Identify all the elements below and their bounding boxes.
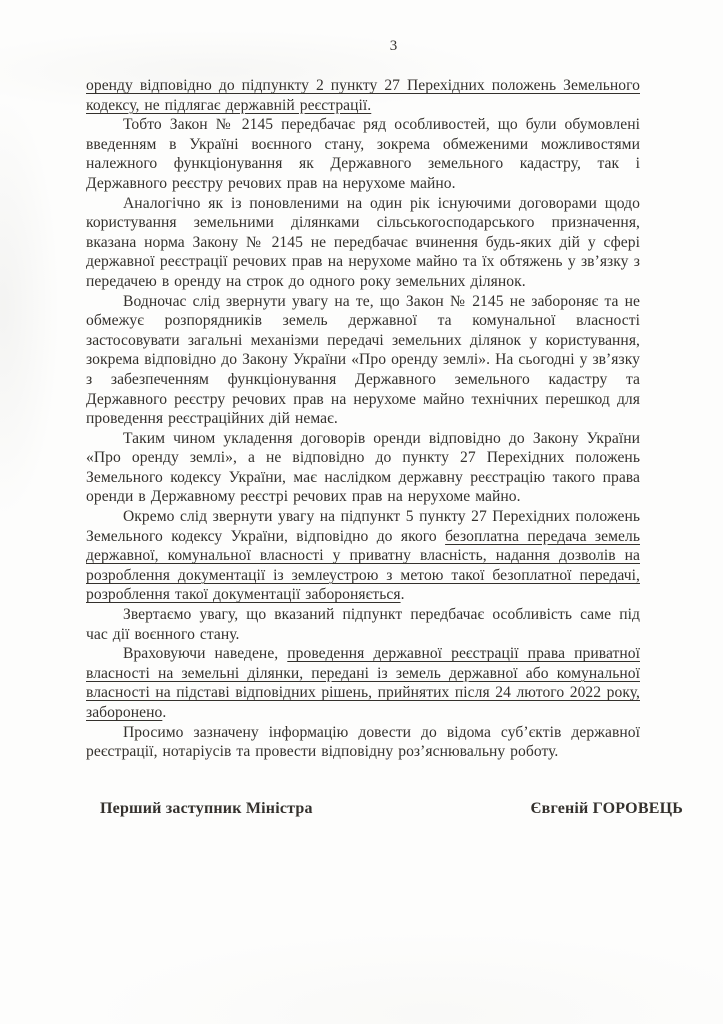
text-run: Таким чином укладення договорів оренди в… xyxy=(86,430,640,506)
signer-name: Євгеній ГОРОВЕЦЬ xyxy=(531,800,683,818)
scanned-document-page: 3 оренду відповідно до підпункту 2 пункт… xyxy=(0,0,723,1024)
signature-block: Перший заступник Міністра Євгеній ГОРОВЕ… xyxy=(100,800,683,818)
text-run: Аналогічно як із поновленими на один рік… xyxy=(86,195,640,290)
body-paragraph-5: Таким чином укладення договорів оренди в… xyxy=(86,429,640,507)
body-paragraph-9: Просимо зазначену інформацію довести до … xyxy=(86,723,640,762)
page-number: 3 xyxy=(32,38,723,55)
text-run: Звертаємо увагу, що вказаний підпункт пе… xyxy=(86,606,640,643)
text-run: Враховуючи наведене, xyxy=(123,645,287,662)
body-paragraph-4: Водночас слід звернути увагу на те, що З… xyxy=(86,292,640,429)
text-run: Тобто Закон № 2145 передбачає ряд особли… xyxy=(86,116,640,192)
signer-title: Перший заступник Міністра xyxy=(100,800,313,818)
body-paragraph-6: Окремо слід звернути увагу на підпункт 5… xyxy=(86,507,640,605)
body-paragraph-1: оренду відповідно до підпункту 2 пункту … xyxy=(86,76,640,115)
text-run: . xyxy=(162,704,166,721)
text-run: . xyxy=(401,586,405,603)
body-paragraph-8: Враховуючи наведене, проведення державно… xyxy=(86,644,640,722)
body-paragraph-2: Тобто Закон № 2145 передбачає ряд особли… xyxy=(86,115,640,193)
text-run: Водночас слід звернути увагу на те, що З… xyxy=(86,293,640,428)
underlined-text: оренду відповідно до підпункту 2 пункту … xyxy=(86,77,640,114)
body-paragraph-3: Аналогічно як із поновленими на один рік… xyxy=(86,194,640,292)
document-body: оренду відповідно до підпункту 2 пункту … xyxy=(86,76,640,762)
body-paragraph-7: Звертаємо увагу, що вказаний підпункт пе… xyxy=(86,605,640,644)
text-run: Просимо зазначену інформацію довести до … xyxy=(86,724,640,761)
